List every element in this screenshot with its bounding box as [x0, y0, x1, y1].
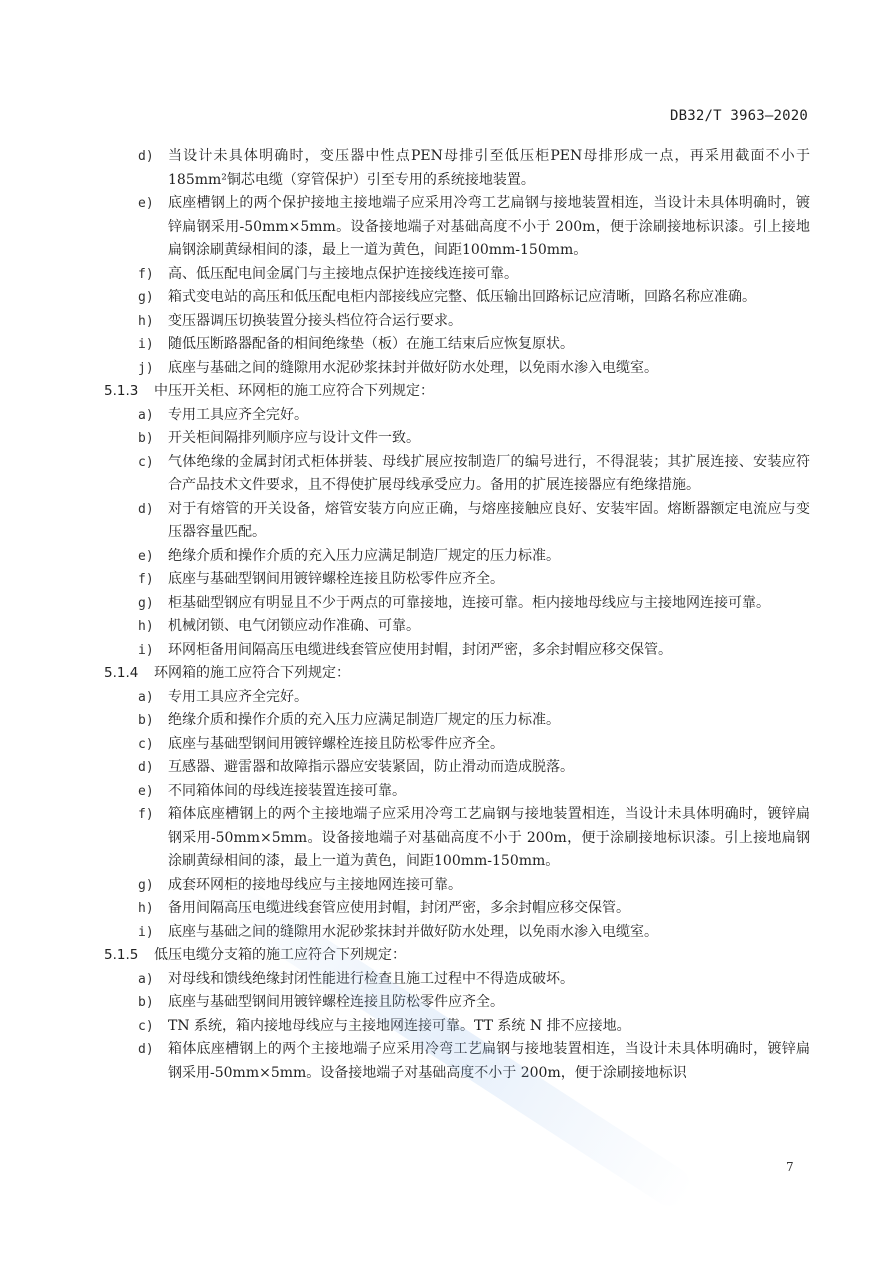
list-item: f)高、低压配电间金属门与主接地点保护连接线连接可靠。	[104, 263, 810, 287]
list-item-label: f)	[138, 803, 154, 827]
list-item-label: f)	[138, 263, 154, 287]
list-item-text: 环网柜备用间隔高压电缆进线套管应使用封帽，封闭严密，多余封帽应移交保管。	[168, 639, 810, 663]
list-item: j)底座与基础之间的缝隙用水泥砂浆抹封并做好防水处理，以免雨水渗入电缆室。	[104, 357, 810, 381]
list-item: g)箱式变电站的高压和低压配电柜内部接线应完整、低压输出回路标记应清晰，回路名称…	[104, 286, 810, 310]
list-item: a)专用工具应齐全完好。	[104, 686, 810, 710]
list-item-text: 专用工具应齐全完好。	[168, 686, 810, 710]
list-item: b)开关柜间隔排列顺序应与设计文件一致。	[104, 427, 810, 451]
previous-clause-items: d)当设计未具体明确时，变压器中性点PEN母排引至低压柜PEN母排形成一点，再采…	[104, 145, 810, 380]
list-item: a)专用工具应齐全完好。	[104, 404, 810, 428]
list-item-label: a)	[138, 686, 154, 710]
list-item-text: 开关柜间隔排列顺序应与设计文件一致。	[168, 427, 810, 451]
clause-title: 低压电缆分支箱的施工应符合下列规定：	[154, 944, 810, 968]
list-item-label: c)	[138, 1015, 154, 1039]
list-item-text: 底座与基础之间的缝隙用水泥砂浆抹封并做好防水处理，以免雨水渗入电缆室。	[168, 921, 810, 945]
list-item-label: b)	[138, 427, 154, 451]
list-item-label: d)	[138, 756, 154, 780]
list-item: i)随低压断路器配备的相间绝缘垫（板）在施工结束后应恢复原状。	[104, 333, 810, 357]
list-item: d)箱体底座槽钢上的两个主接地端子应采用冷弯工艺扁钢与接地装置相连，当设计未具体…	[104, 1038, 810, 1085]
list-item-text: 底座与基础之间的缝隙用水泥砂浆抹封并做好防水处理，以免雨水渗入电缆室。	[168, 357, 810, 381]
list-item-label: h)	[138, 897, 154, 921]
list-item: g)柜基础型钢应有明显且不少于两点的可靠接地，连接可靠。柜内接地母线应与主接地网…	[104, 592, 810, 616]
list-item: e)绝缘介质和操作介质的充入压力应满足制造厂规定的压力标准。	[104, 545, 810, 569]
list-item-text: 成套环网柜的接地母线应与主接地网连接可靠。	[168, 874, 810, 898]
list-item: d)互感器、避雷器和故障指示器应安装紧固，防止滑动而造成脱落。	[104, 756, 810, 780]
list-item-text: 箱体底座槽钢上的两个主接地端子应采用冷弯工艺扁钢与接地装置相连，当设计未具体明确…	[168, 1038, 810, 1085]
list-item-label: g)	[138, 874, 154, 898]
list-item-text: 绝缘介质和操作介质的充入压力应满足制造厂规定的压力标准。	[168, 545, 810, 569]
document-body: d)当设计未具体明确时，变压器中性点PEN母排引至低压柜PEN母排形成一点，再采…	[104, 145, 810, 1085]
list-item-text: 对于有熔管的开关设备，熔管安装方向应正确，与熔座接触应良好、安装牢固。熔断器额定…	[168, 498, 810, 545]
list-item: e)不同箱体间的母线连接装置连接可靠。	[104, 780, 810, 804]
list-item-text: 专用工具应齐全完好。	[168, 404, 810, 428]
clause-title: 环网箱的施工应符合下列规定：	[154, 662, 810, 686]
clause-heading: 5.1.4环网箱的施工应符合下列规定：	[104, 662, 810, 686]
list-item-text: 变压器调压切换装置分接头档位符合运行要求。	[168, 310, 810, 334]
list-item-label: b)	[138, 991, 154, 1015]
list-item-text: 备用间隔高压电缆进线套管应使用封帽，封闭严密，多余封帽应移交保管。	[168, 897, 810, 921]
clause-heading: 5.1.5低压电缆分支箱的施工应符合下列规定：	[104, 944, 810, 968]
list-item-text: 箱式变电站的高压和低压配电柜内部接线应完整、低压输出回路标记应清晰，回路名称应准…	[168, 286, 810, 310]
list-item: e)底座槽钢上的两个保护接地主接地端子应采用冷弯工艺扁钢与接地装置相连，当设计未…	[104, 192, 810, 263]
list-item-label: g)	[138, 286, 154, 310]
list-item: b)绝缘介质和操作介质的充入压力应满足制造厂规定的压力标准。	[104, 709, 810, 733]
list-item-text: TN 系统，箱内接地母线应与主接地网连接可靠。TT 系统 N 排不应接地。	[168, 1015, 810, 1039]
list-item: c)TN 系统，箱内接地母线应与主接地网连接可靠。TT 系统 N 排不应接地。	[104, 1015, 810, 1039]
list-item: h)机械闭锁、电气闭锁应动作准确、可靠。	[104, 615, 810, 639]
list-item: f)箱体底座槽钢上的两个主接地端子应采用冷弯工艺扁钢与接地装置相连，当设计未具体…	[104, 803, 810, 874]
list-item-label: a)	[138, 404, 154, 428]
list-item-text: 底座槽钢上的两个保护接地主接地端子应采用冷弯工艺扁钢与接地装置相连，当设计未具体…	[168, 192, 810, 263]
clauses-container: 5.1.3中压开关柜、环网柜的施工应符合下列规定：a)专用工具应齐全完好。b)开…	[104, 380, 810, 1085]
list-item-label: e)	[138, 780, 154, 804]
list-item: d)对于有熔管的开关设备，熔管安装方向应正确，与熔座接触应良好、安装牢固。熔断器…	[104, 498, 810, 545]
list-item-text: 底座与基础型钢间用镀锌螺栓连接且防松零件应齐全。	[168, 733, 810, 757]
list-item-label: i)	[138, 921, 154, 945]
list-item-label: b)	[138, 709, 154, 733]
list-item-text: 当设计未具体明确时，变压器中性点PEN母排引至低压柜PEN母排形成一点，再采用截…	[168, 145, 810, 192]
list-item-label: d)	[138, 145, 154, 169]
clause-number: 5.1.3	[104, 380, 138, 404]
list-item-label: h)	[138, 615, 154, 639]
list-item-text: 随低压断路器配备的相间绝缘垫（板）在施工结束后应恢复原状。	[168, 333, 810, 357]
list-item-label: e)	[138, 545, 154, 569]
list-item-label: c)	[138, 451, 154, 475]
list-item-label: i)	[138, 639, 154, 663]
list-item: f)底座与基础型钢间用镀锌螺栓连接且防松零件应齐全。	[104, 568, 810, 592]
list-item: d)当设计未具体明确时，变压器中性点PEN母排引至低压柜PEN母排形成一点，再采…	[104, 145, 810, 192]
list-item: g)成套环网柜的接地母线应与主接地网连接可靠。	[104, 874, 810, 898]
list-item: c)底座与基础型钢间用镀锌螺栓连接且防松零件应齐全。	[104, 733, 810, 757]
list-item-text: 不同箱体间的母线连接装置连接可靠。	[168, 780, 810, 804]
list-item-label: h)	[138, 310, 154, 334]
list-item-text: 底座与基础型钢间用镀锌螺栓连接且防松零件应齐全。	[168, 568, 810, 592]
clause-heading: 5.1.3中压开关柜、环网柜的施工应符合下列规定：	[104, 380, 810, 404]
list-item: c)气体绝缘的金属封闭式柜体拼装、母线扩展应按制造厂的编号进行，不得混装；其扩展…	[104, 451, 810, 498]
list-item: b)底座与基础型钢间用镀锌螺栓连接且防松零件应齐全。	[104, 991, 810, 1015]
list-item-text: 柜基础型钢应有明显且不少于两点的可靠接地，连接可靠。柜内接地母线应与主接地网连接…	[168, 592, 810, 616]
list-item-label: j)	[138, 357, 154, 381]
list-item-label: d)	[138, 498, 154, 522]
list-item: h)备用间隔高压电缆进线套管应使用封帽，封闭严密，多余封帽应移交保管。	[104, 897, 810, 921]
list-item-label: g)	[138, 592, 154, 616]
clause-number: 5.1.4	[104, 662, 138, 686]
list-item: a)对母线和馈线绝缘封闭性能进行检查且施工过程中不得造成破坏。	[104, 968, 810, 992]
clause-number: 5.1.5	[104, 944, 138, 968]
list-item-text: 机械闭锁、电气闭锁应动作准确、可靠。	[168, 615, 810, 639]
document-standard-number: DB32/T 3963—2020	[670, 108, 808, 124]
list-item-label: i)	[138, 333, 154, 357]
list-item-label: f)	[138, 568, 154, 592]
list-item-label: d)	[138, 1038, 154, 1062]
list-item-text: 对母线和馈线绝缘封闭性能进行检查且施工过程中不得造成破坏。	[168, 968, 810, 992]
list-item: i)底座与基础之间的缝隙用水泥砂浆抹封并做好防水处理，以免雨水渗入电缆室。	[104, 921, 810, 945]
list-item-text: 箱体底座槽钢上的两个主接地端子应采用冷弯工艺扁钢与接地装置相连，当设计未具体明确…	[168, 803, 810, 874]
list-item: i)环网柜备用间隔高压电缆进线套管应使用封帽，封闭严密，多余封帽应移交保管。	[104, 639, 810, 663]
list-item-text: 绝缘介质和操作介质的充入压力应满足制造厂规定的压力标准。	[168, 709, 810, 733]
list-item-text: 高、低压配电间金属门与主接地点保护连接线连接可靠。	[168, 263, 810, 287]
list-item-text: 底座与基础型钢间用镀锌螺栓连接且防松零件应齐全。	[168, 991, 810, 1015]
list-item-text: 气体绝缘的金属封闭式柜体拼装、母线扩展应按制造厂的编号进行，不得混装；其扩展连接…	[168, 451, 810, 498]
list-item-label: e)	[138, 192, 154, 216]
page-number: 7	[786, 1160, 794, 1174]
list-item-label: a)	[138, 968, 154, 992]
list-item-label: c)	[138, 733, 154, 757]
list-item-text: 互感器、避雷器和故障指示器应安装紧固，防止滑动而造成脱落。	[168, 756, 810, 780]
clause-title: 中压开关柜、环网柜的施工应符合下列规定：	[154, 380, 810, 404]
list-item: h)变压器调压切换装置分接头档位符合运行要求。	[104, 310, 810, 334]
